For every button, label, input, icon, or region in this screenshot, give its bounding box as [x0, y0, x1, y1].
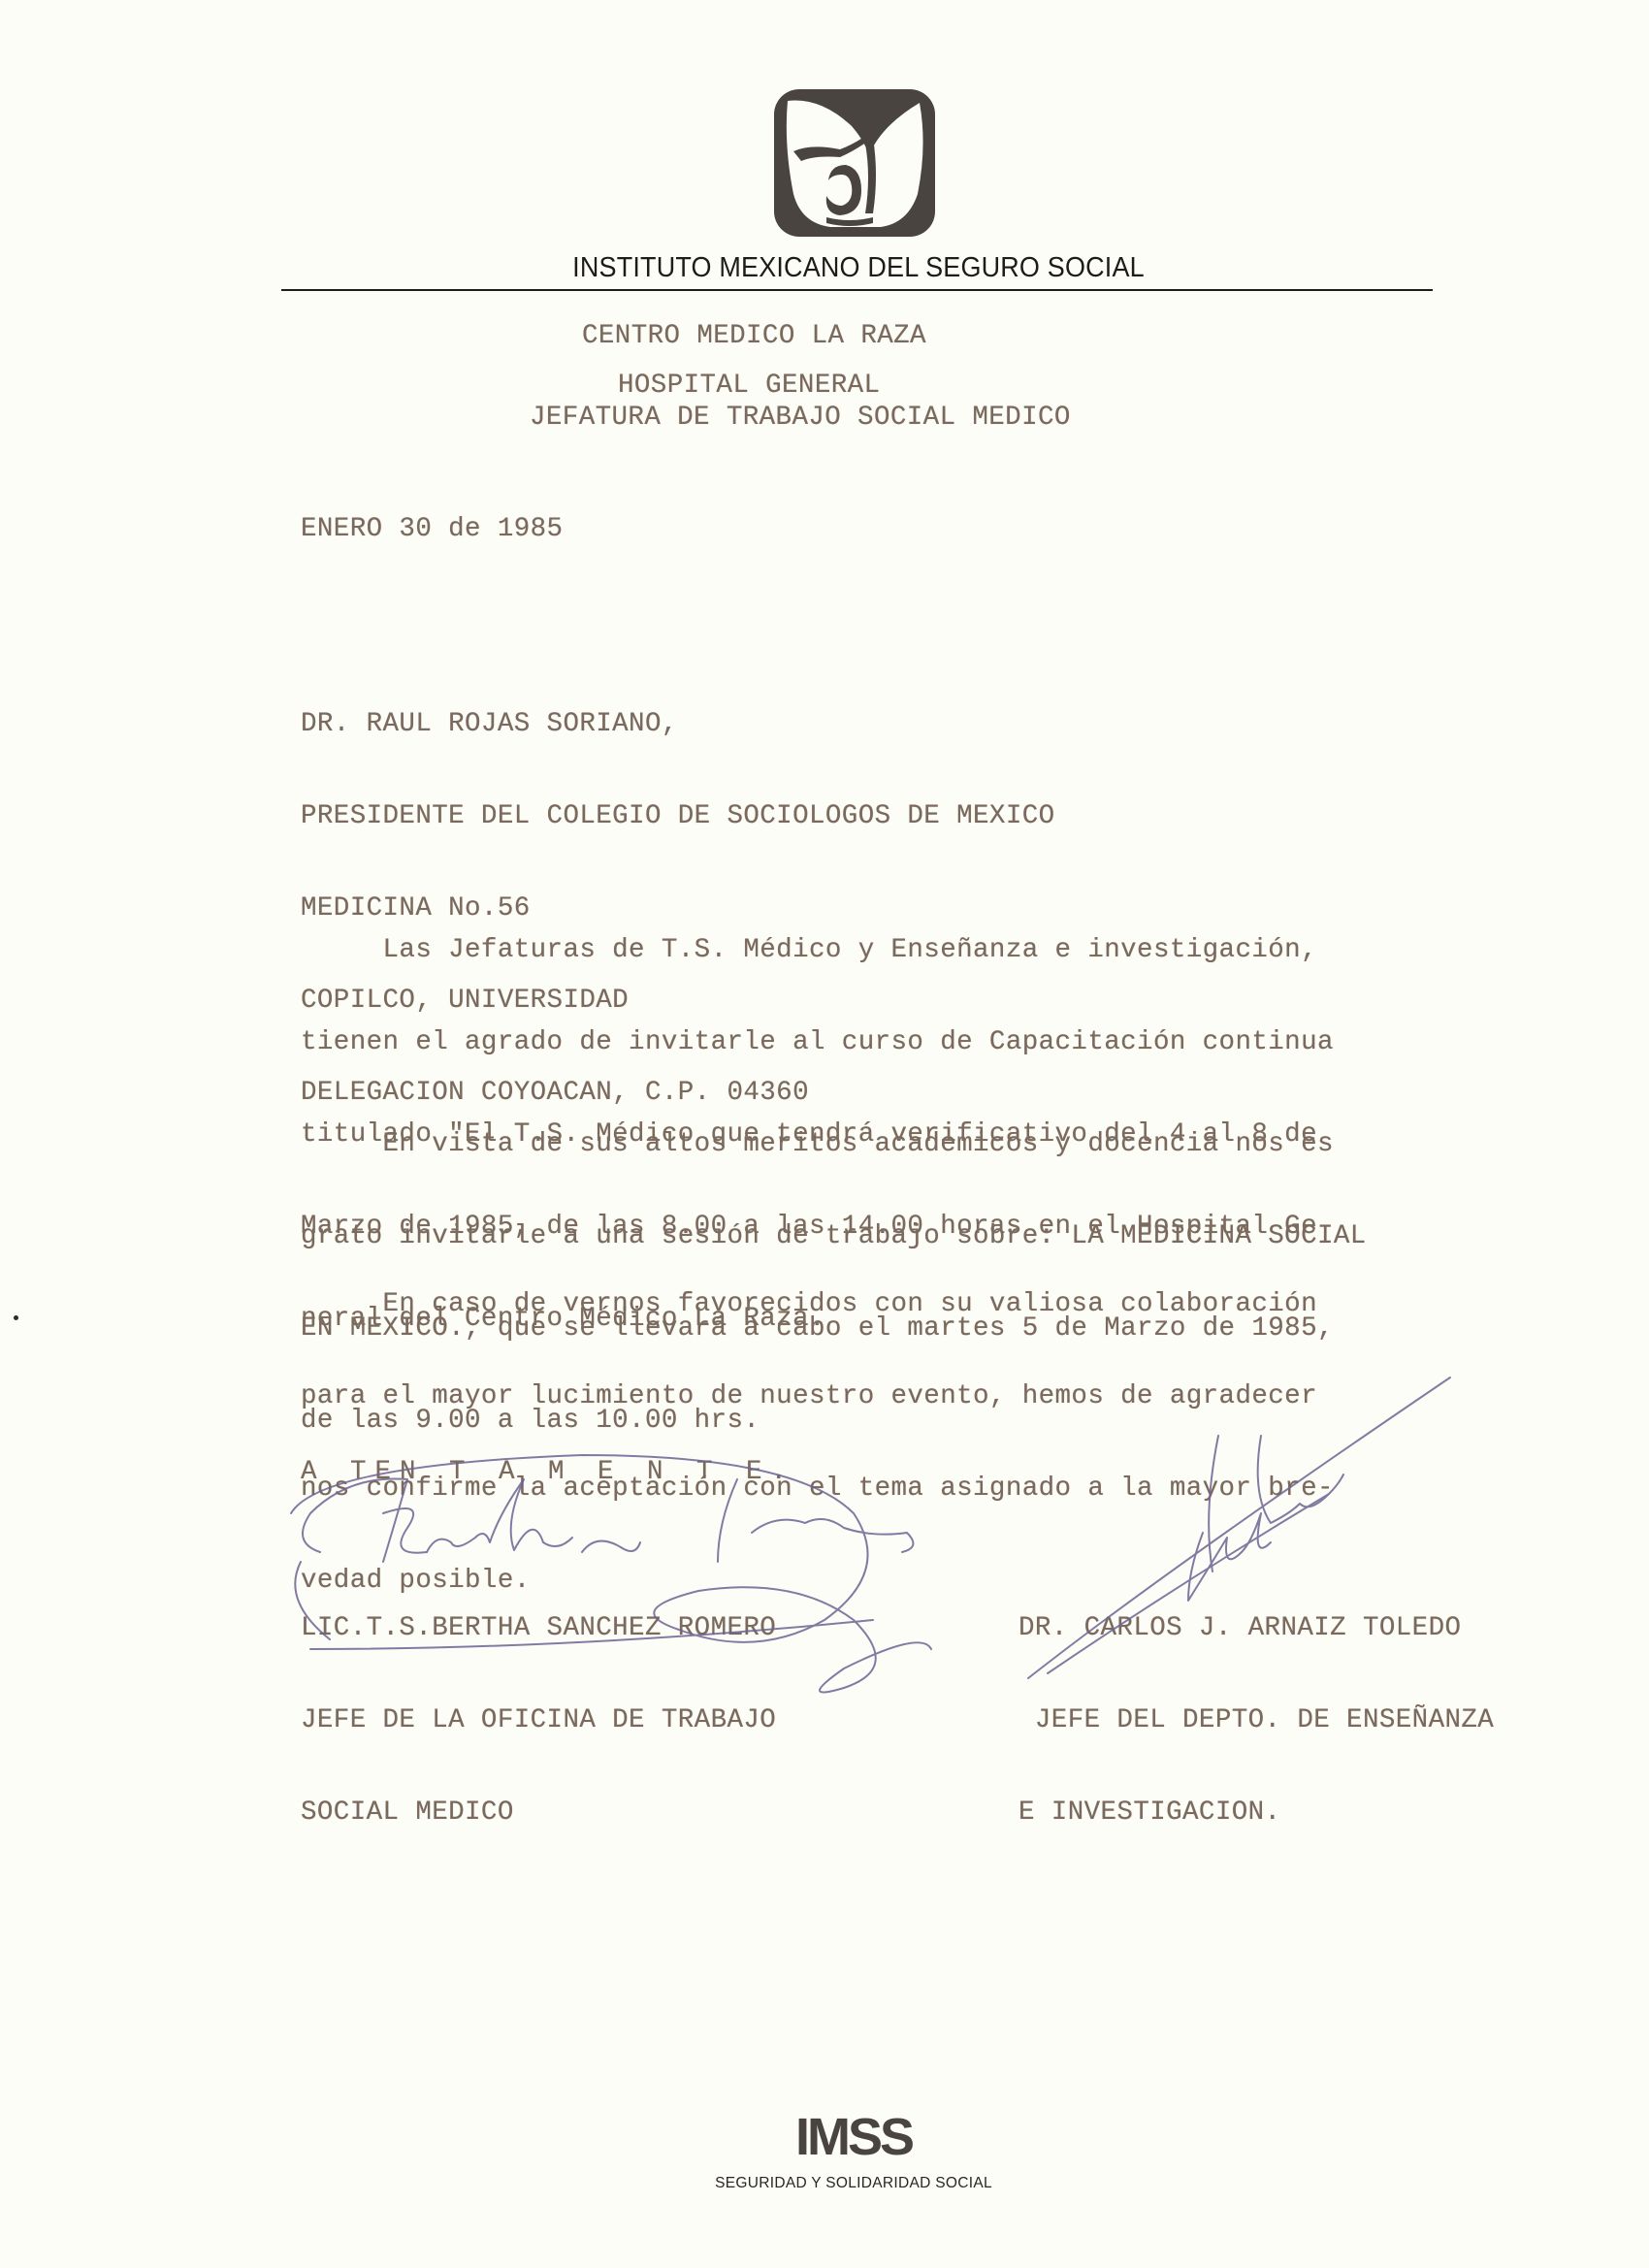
paragraph-line: Las Jefaturas de T.S. Médico y Enseñanza…: [301, 934, 1334, 966]
hospital-heading: HOSPITAL GENERAL: [618, 371, 880, 401]
signatory-name: DR. CARLOS J. ARNAIZ TOLEDO: [1018, 1612, 1494, 1644]
letterhead-divider: [281, 289, 1433, 291]
closing-salutation: A TEN T A M E N T E.: [301, 1457, 795, 1487]
medical-center-heading: CENTRO MEDICO LA RAZA: [582, 321, 926, 351]
letter-date: ENERO 30 de 1985: [301, 514, 563, 544]
signatory-left: LIC.T.S.BERTHA SANCHEZ ROMERO JEFE DE LA…: [301, 1552, 776, 1859]
paragraph-line: tienen el agrado de invitarle al curso d…: [301, 1026, 1334, 1058]
signatory-name: LIC.T.S.BERTHA SANCHEZ ROMERO: [301, 1612, 776, 1644]
signatory-right: DR. CARLOS J. ARNAIZ TOLEDO JEFE DEL DEP…: [1018, 1552, 1494, 1859]
imss-logo-icon: [772, 87, 937, 239]
signatory-title: JEFE DE LA OFICINA DE TRABAJO: [301, 1704, 776, 1736]
paragraph-line: para el mayor lucimiento de nuestro even…: [301, 1380, 1334, 1412]
footer-tagline: SEGURIDAD Y SOLIDARIDAD SOCIAL: [630, 2175, 1077, 2192]
signatory-title: E INVESTIGACION.: [1018, 1797, 1494, 1829]
department-heading: JEFATURA DE TRABAJO SOCIAL MEDICO: [530, 403, 1071, 433]
footer-imss-logo: IMSS: [679, 2107, 1028, 2167]
paragraph-line: En vista de sus altos meritos academicos…: [301, 1128, 1367, 1160]
institution-name: INSTITUTO MEXICANO DEL SEGURO SOCIAL: [322, 252, 1396, 284]
addressee-name: DR. RAUL ROJAS SORIANO,: [301, 708, 1055, 740]
paragraph-line: En caso de vernos favorecidos con su val…: [301, 1288, 1334, 1320]
addressee-title: PRESIDENTE DEL COLEGIO DE SOCIOLOGOS DE …: [301, 800, 1055, 832]
signatory-title: JEFE DEL DEPTO. DE ENSEÑANZA: [1018, 1704, 1494, 1736]
scan-mark: [14, 1315, 18, 1320]
signatory-title: SOCIAL MEDICO: [301, 1797, 776, 1829]
